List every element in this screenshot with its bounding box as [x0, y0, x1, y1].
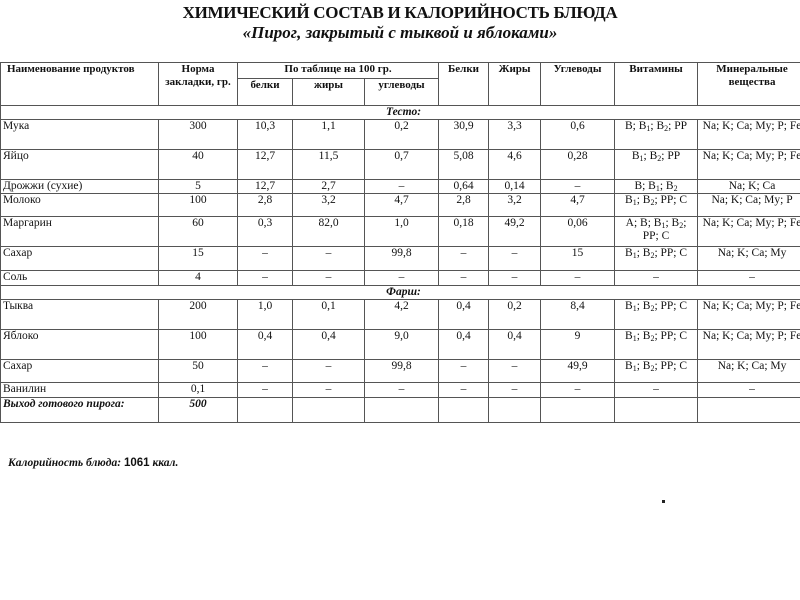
header-per100-carbs: углеводы: [365, 79, 439, 106]
cell-fat: –: [489, 271, 541, 286]
cell-f100: –: [293, 383, 365, 398]
product-name: Соль: [1, 271, 159, 286]
section-label: Фарш:: [1, 286, 800, 300]
header-per100-fat: жиры: [293, 79, 365, 106]
cell-norm: 0,1: [159, 383, 238, 398]
cell-p100: –: [238, 271, 293, 286]
header-per100-protein: белки: [238, 79, 293, 106]
cell-vitamins: B; B1; B2; PP: [615, 120, 698, 150]
cell-f100: 2,7: [293, 180, 365, 194]
cell-f100: –: [293, 271, 365, 286]
cell-norm: 100: [159, 194, 238, 217]
header-norm: Норма закладки, гр.: [159, 63, 238, 106]
cell-carbs: 49,9: [541, 360, 615, 383]
product-name: Мука: [1, 120, 159, 150]
cell-norm: 100: [159, 330, 238, 360]
cell-c100: 1,0: [365, 217, 439, 247]
total-label: Выход готового пирога:: [1, 398, 159, 423]
cell-f100: 0,4: [293, 330, 365, 360]
cell-f100: 1,1: [293, 120, 365, 150]
cell-minerals: Na; K; Ca; My; P; Fe: [698, 217, 800, 247]
empty-cell: [439, 398, 489, 423]
cell-vitamins: –: [615, 271, 698, 286]
product-name: Маргарин: [1, 217, 159, 247]
cell-p100: 2,8: [238, 194, 293, 217]
table-row: Ванилин0,1––––––––: [1, 383, 800, 398]
cell-protein: –: [439, 383, 489, 398]
empty-cell: [541, 398, 615, 423]
header-minerals: Минеральные вещества: [698, 63, 800, 106]
cell-c100: 0,2: [365, 120, 439, 150]
header-carbs: Углеводы: [541, 63, 615, 106]
cell-p100: 12,7: [238, 180, 293, 194]
cell-vitamins: B1; B2; PP; C: [615, 360, 698, 383]
cell-protein: 0,18: [439, 217, 489, 247]
cell-vitamins: B1; B2; PP; C: [615, 300, 698, 330]
cell-f100: –: [293, 360, 365, 383]
cell-c100: –: [365, 383, 439, 398]
cell-f100: 11,5: [293, 150, 365, 180]
cell-p100: –: [238, 247, 293, 271]
empty-cell: [365, 398, 439, 423]
product-name: Сахар: [1, 360, 159, 383]
product-name: Ванилин: [1, 383, 159, 398]
cell-minerals: –: [698, 271, 800, 286]
cell-minerals: Na; K; Ca; My; P; Fe: [698, 120, 800, 150]
cell-p100: 12,7: [238, 150, 293, 180]
cell-p100: –: [238, 383, 293, 398]
cell-fat: –: [489, 360, 541, 383]
header-per100: По таблице на 100 гр.: [238, 63, 439, 79]
header-protein: Белки: [439, 63, 489, 106]
section-label: Тесто:: [1, 106, 800, 120]
cell-carbs: –: [541, 383, 615, 398]
empty-cell: [238, 398, 293, 423]
cell-fat: 3,3: [489, 120, 541, 150]
cell-carbs: 0,06: [541, 217, 615, 247]
cell-vitamins: A; B; B1; B2; PP; C: [615, 217, 698, 247]
cell-protein: 30,9: [439, 120, 489, 150]
empty-cell: [698, 398, 800, 423]
cell-protein: –: [439, 271, 489, 286]
table-body: Тесто:Мука30010,31,10,230,93,30,6B; B1; …: [1, 106, 800, 423]
cell-carbs: –: [541, 180, 615, 194]
empty-cell: [615, 398, 698, 423]
dish-name: «Пирог, закрытый с тыквой и яблоками»: [0, 23, 800, 43]
stray-dot: [662, 500, 665, 503]
product-name: Яйцо: [1, 150, 159, 180]
cell-carbs: 0,6: [541, 120, 615, 150]
header-product: Наименование продуктов: [1, 63, 159, 106]
cell-protein: 0,4: [439, 330, 489, 360]
cell-minerals: Na; K; Ca; My; P: [698, 194, 800, 217]
calorie-label: Калорийность блюда:: [8, 457, 121, 469]
cell-c100: 0,7: [365, 150, 439, 180]
cell-carbs: 8,4: [541, 300, 615, 330]
cell-carbs: 9: [541, 330, 615, 360]
table-row: Маргарин600,382,01,00,1849,20,06A; B; B1…: [1, 217, 800, 247]
table-row: Яблоко1000,40,49,00,40,49B1; B2; PP; CNa…: [1, 330, 800, 360]
cell-vitamins: B1; B2; PP; C: [615, 247, 698, 271]
cell-p100: 0,4: [238, 330, 293, 360]
table-row: Мука30010,31,10,230,93,30,6B; B1; B2; PP…: [1, 120, 800, 150]
calorie-unit: ккал.: [152, 457, 178, 469]
empty-cell: [293, 398, 365, 423]
header-vitamins: Витамины: [615, 63, 698, 106]
cell-protein: 0,64: [439, 180, 489, 194]
cell-c100: 4,7: [365, 194, 439, 217]
cell-minerals: Na; K; Ca; My; P; Fe: [698, 330, 800, 360]
cell-vitamins: –: [615, 383, 698, 398]
cell-f100: 82,0: [293, 217, 365, 247]
cell-carbs: 0,28: [541, 150, 615, 180]
cell-fat: 0,14: [489, 180, 541, 194]
product-name: Тыква: [1, 300, 159, 330]
cell-p100: 0,3: [238, 217, 293, 247]
cell-norm: 4: [159, 271, 238, 286]
cell-fat: 0,4: [489, 330, 541, 360]
product-name: Молоко: [1, 194, 159, 217]
cell-minerals: Na; K; Ca; My; P; Fe: [698, 300, 800, 330]
cell-f100: 3,2: [293, 194, 365, 217]
cell-norm: 5: [159, 180, 238, 194]
cell-norm: 40: [159, 150, 238, 180]
cell-vitamins: B; B1; B2: [615, 180, 698, 194]
table-row: Соль4––––––––: [1, 271, 800, 286]
cell-minerals: –: [698, 383, 800, 398]
cell-p100: –: [238, 360, 293, 383]
cell-fat: 0,2: [489, 300, 541, 330]
cell-fat: 4,6: [489, 150, 541, 180]
cell-c100: –: [365, 180, 439, 194]
cell-fat: 49,2: [489, 217, 541, 247]
cell-minerals: Na; K; Ca: [698, 180, 800, 194]
header-fat: Жиры: [489, 63, 541, 106]
section-row: Тесто:: [1, 106, 800, 120]
cell-carbs: 4,7: [541, 194, 615, 217]
cell-minerals: Na; K; Ca; My: [698, 247, 800, 271]
product-name: Сахар: [1, 247, 159, 271]
cell-c100: 99,8: [365, 360, 439, 383]
cell-norm: 15: [159, 247, 238, 271]
product-name: Яблоко: [1, 330, 159, 360]
total-value: 500: [159, 398, 238, 423]
product-name: Дрожжи (сухие): [1, 180, 159, 194]
table-row: Яйцо4012,711,50,75,084,60,28B1; B2; PPNa…: [1, 150, 800, 180]
calorie-summary: Калорийность блюда: 1061 ккал.: [8, 457, 178, 469]
cell-protein: 2,8: [439, 194, 489, 217]
cell-c100: 99,8: [365, 247, 439, 271]
table-row: Дрожжи (сухие)512,72,7–0,640,14–B; B1; B…: [1, 180, 800, 194]
table-row: Молоко1002,83,24,72,83,24,7B1; B2; PP; C…: [1, 194, 800, 217]
cell-f100: 0,1: [293, 300, 365, 330]
cell-f100: –: [293, 247, 365, 271]
cell-vitamins: B1; B2; PP: [615, 150, 698, 180]
total-row: Выход готового пирога:500: [1, 398, 800, 423]
cell-fat: 3,2: [489, 194, 541, 217]
calorie-value: 1061: [124, 457, 150, 469]
table-row: Тыква2001,00,14,20,40,28,4B1; B2; PP; CN…: [1, 300, 800, 330]
table-row: Сахар50––99,8––49,9B1; B2; PP; CNa; K; C…: [1, 360, 800, 383]
cell-vitamins: B1; B2; PP; C: [615, 194, 698, 217]
cell-fat: –: [489, 383, 541, 398]
cell-c100: 9,0: [365, 330, 439, 360]
cell-fat: –: [489, 247, 541, 271]
cell-minerals: Na; K; Ca; My; P; Fe: [698, 150, 800, 180]
cell-norm: 50: [159, 360, 238, 383]
cell-carbs: –: [541, 271, 615, 286]
cell-minerals: Na; K; Ca; My: [698, 360, 800, 383]
cell-c100: 4,2: [365, 300, 439, 330]
cell-protein: 0,4: [439, 300, 489, 330]
cell-protein: –: [439, 360, 489, 383]
document-title: ХИМИЧЕСКИЙ СОСТАВ И КАЛОРИЙНОСТЬ БЛЮДА: [0, 3, 800, 23]
cell-carbs: 15: [541, 247, 615, 271]
table-row: Сахар15––99,8––15B1; B2; PP; CNa; K; Ca;…: [1, 247, 800, 271]
cell-norm: 60: [159, 217, 238, 247]
composition-table: Наименование продуктов Норма закладки, г…: [0, 62, 800, 423]
cell-norm: 300: [159, 120, 238, 150]
cell-p100: 10,3: [238, 120, 293, 150]
cell-vitamins: B1; B2; PP; C: [615, 330, 698, 360]
section-row: Фарш:: [1, 286, 800, 300]
cell-c100: –: [365, 271, 439, 286]
cell-protein: 5,08: [439, 150, 489, 180]
empty-cell: [489, 398, 541, 423]
cell-protein: –: [439, 247, 489, 271]
cell-p100: 1,0: [238, 300, 293, 330]
cell-norm: 200: [159, 300, 238, 330]
